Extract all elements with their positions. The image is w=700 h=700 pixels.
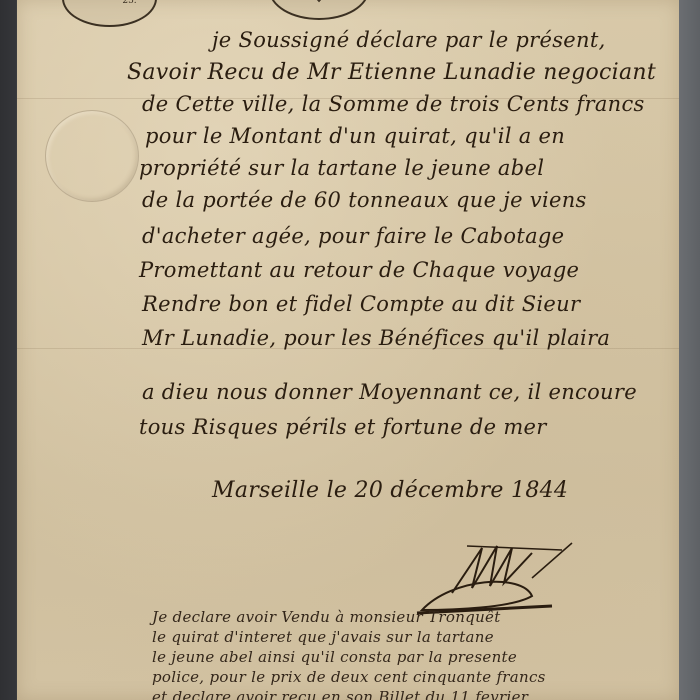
- body-line-2: Savoir Recu de Mr Etienne Lunadie negoci…: [127, 60, 656, 85]
- postscript-line-1: Je declare avoir Vendu à monsieur Tronqu…: [152, 608, 501, 626]
- postscript-line-4: police, pour le prix de deux cent cinqua…: [152, 668, 546, 686]
- body-line-6: de la portée de 60 tonneaux que je viens: [142, 188, 587, 212]
- body-line-10: Mr Lunadie, pour les Bénéfices qu'il pla…: [142, 326, 610, 350]
- postscript-line-3: le jeune abel ainsi qu'il consta par la …: [152, 648, 517, 666]
- body-line-8: Promettant au retour de Chaque voyage: [139, 258, 579, 282]
- body-line-7: d'acheter agée, pour faire le Cabotage: [142, 224, 564, 248]
- body-line-9: Rendre bon et fidel Compte au dit Sieur: [142, 292, 580, 316]
- body-line-5: propriété sur la tartane le jeune abel: [139, 156, 544, 180]
- body-line-1: je Soussigné déclare par le présent,: [212, 28, 606, 52]
- date-line: Marseille le 20 décembre 1844: [212, 478, 568, 503]
- tax-stamp-left: 25.: [62, 0, 157, 27]
- body-line-4: pour le Montant d'un quirat, qu'il a en: [145, 124, 565, 148]
- body-line-12: tous Risques périls et fortune de mer: [139, 415, 547, 439]
- postscript-line-2: le quirat d'interet que j'avais sur la t…: [152, 628, 494, 646]
- embossed-seal: [45, 110, 139, 202]
- body-line-11: a dieu nous donner Moyennant ce, il enco…: [142, 380, 637, 404]
- paper-sheet: 25. ✥ je Soussigné déclare par le présen…: [17, 0, 679, 700]
- tax-stamp-right: ✥: [269, 0, 369, 20]
- stamp-emblem-icon: ✥: [314, 0, 324, 5]
- scan-frame: 25. ✥ je Soussigné déclare par le présen…: [0, 0, 700, 700]
- stamp-value: 25.: [122, 0, 136, 6]
- body-line-3: de Cette ville, la Somme de trois Cents …: [142, 92, 645, 116]
- signature-flourish: [412, 538, 582, 618]
- postscript-line-5: et declare avoir reçu en son Billet du 1…: [152, 688, 528, 700]
